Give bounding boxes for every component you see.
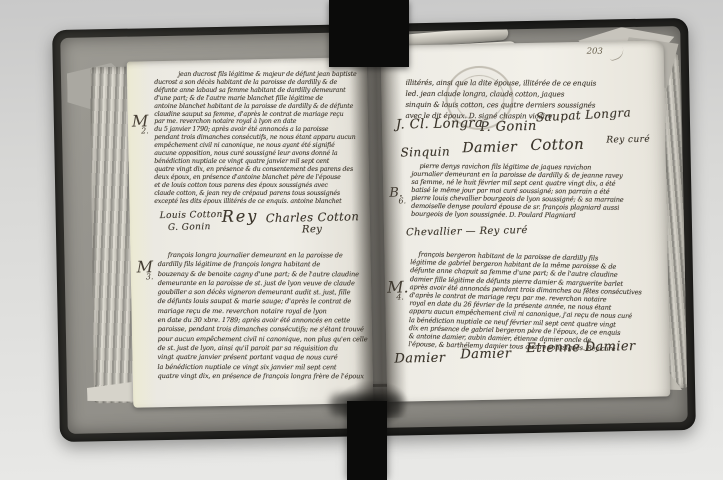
handwriting-line: led. jean claude longra, claude cotton, … (406, 88, 622, 100)
handwriting-line: dardilly fils légitime de françois longr… (158, 260, 370, 270)
handwriting-line: empêchement civil ni canonique, ne nous … (154, 142, 366, 150)
handwriting-line: bouzenay & de benoite cagny d'une part; … (158, 270, 370, 280)
handwriting-line: vingt quatre janvier présent portant vaq… (158, 353, 370, 363)
handwriting-line: ducrost a son décès habitant de la paroi… (154, 79, 366, 87)
handwriting-line: illitérés, ainsi que la dite épouse, ill… (406, 77, 622, 89)
register-book: M 2. jean ducrost fils légitime & majeur… (52, 18, 696, 442)
handwriting-line: antoine blanchet habitant de la paroisse… (154, 103, 366, 111)
handwriting-line: défunte anne labaud sa femme habitant de… (154, 87, 366, 95)
handwriting-line: d'une part; & de l'autre marie blanchet … (154, 95, 366, 103)
margin-note-m2: M 2. (132, 111, 149, 135)
right-page: 203 illitérés, ainsi que la dite épouse,… (380, 40, 670, 401)
signature: Damier (460, 346, 511, 362)
margin-note-m3: M 3. (136, 257, 153, 281)
handwriting-line: deux époux, en présence d'antoine blanch… (154, 174, 366, 182)
handwriting-line: de défunts louis saupat & marie sauge; d… (158, 297, 370, 307)
handwriting-line: aucune opposition, nous curé soussigné l… (154, 150, 366, 158)
page-number: 203 (587, 47, 603, 57)
signature: Louis Cotton (160, 210, 223, 221)
signature: Rey curé (606, 135, 650, 146)
marriage-act-longra-text: françois longra journalier demeurant en … (158, 251, 370, 382)
signature: Rey (302, 224, 323, 235)
book-board: M 2. jean ducrost fils légitime & majeur… (60, 26, 687, 434)
signature: Damier (394, 351, 445, 367)
handwriting-line: excepté les dits époux illitérés de ce e… (154, 198, 366, 206)
baptism-act-ravichon-text: pierre denys ravichon fils légitime de j… (411, 162, 653, 220)
signature: Rey (222, 206, 259, 226)
signature: Cotton (530, 135, 584, 154)
handwriting-line: bénédiction nuptiale ce vingt quatre jan… (154, 158, 366, 166)
handwriting-line: pour aucun empêchement civil ni canoniqu… (158, 335, 370, 345)
margin-note-b6: B. 6. (389, 181, 406, 205)
signature: Chevallier — Rey curé (406, 225, 528, 238)
signature: G. Gonin (168, 222, 211, 233)
signature: J. Cl. Longra (396, 116, 483, 133)
marriage-act-ducrost-text: jean ducrost fils légitime & majeur de d… (154, 71, 366, 205)
handwriting-line: la bénédiction nuptiale ce vingt six jan… (158, 363, 370, 373)
manuscript-scan-photo: M 2. jean ducrost fils légitime & majeur… (0, 0, 723, 480)
handwriting-line: et de louis cotton tous parens des époux… (154, 182, 366, 190)
margin-note-m4: M. 4. (387, 277, 409, 301)
signature: P. Gonin (480, 119, 537, 135)
signature: Etienne Damier (526, 339, 636, 356)
left-page: M 2. jean ducrost fils légitime & majeur… (127, 57, 374, 408)
page-number-flourish (607, 47, 625, 62)
scanner-clamp-bottom (347, 401, 387, 480)
handwriting-line: jean ducrost fils légitime & majeur de d… (154, 71, 366, 79)
handwriting-line: mariage reçu de me. reverchon notaire ro… (158, 307, 370, 317)
handwriting-line: quatre vingt dix, en présence & du conse… (154, 166, 366, 174)
signature: Charles Cotton (266, 209, 360, 225)
handwriting-line: pendant trois dimanches consécutifs, ne … (154, 134, 366, 142)
handwriting-line: paroisse, pendant trois dimanches conséc… (158, 325, 370, 335)
scanner-clamp-top (329, 0, 409, 67)
signature: Damier (462, 139, 517, 156)
signature: Sinquin (400, 145, 450, 160)
handwriting-line: claude cotton, & jean rey de crépaud par… (154, 190, 366, 198)
